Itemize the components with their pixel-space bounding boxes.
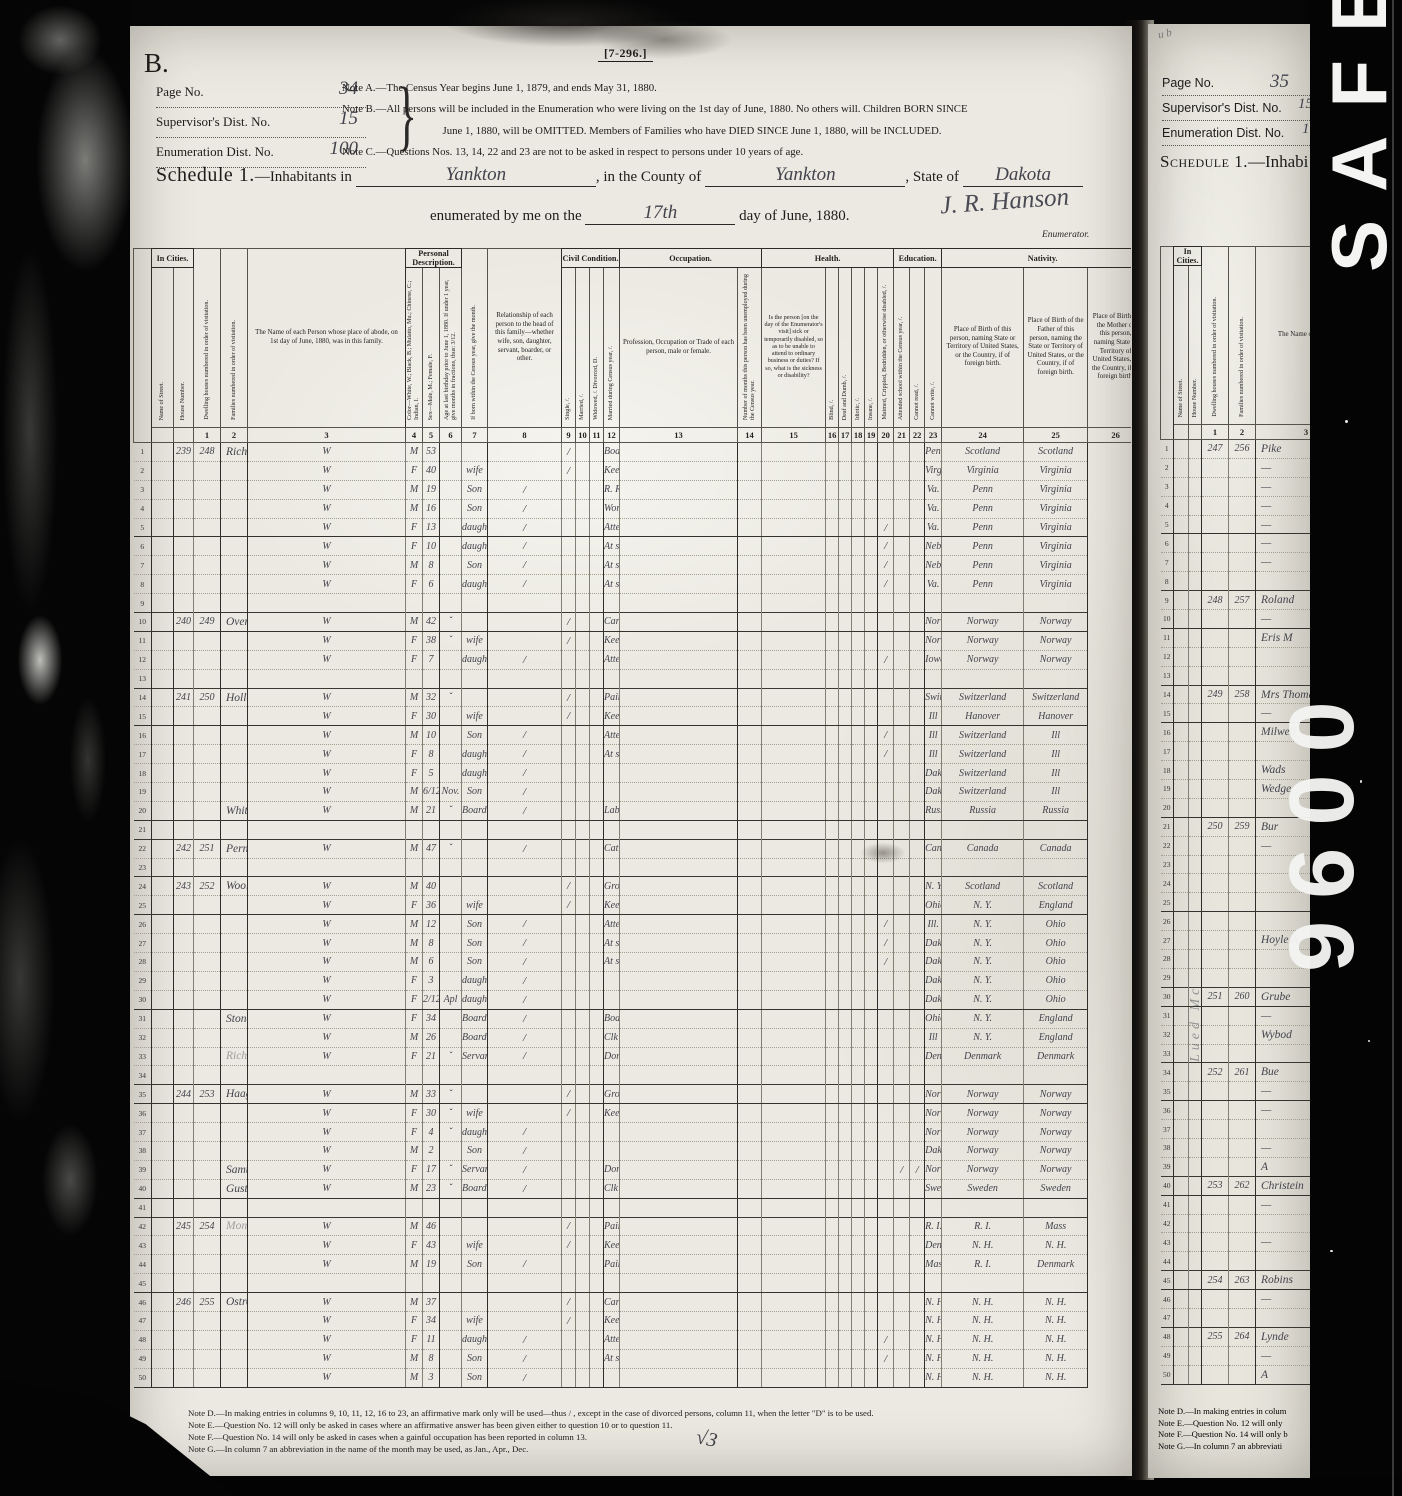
cell-sick	[738, 1274, 762, 1293]
column-header: Dwelling houses numbered in order of vis…	[1202, 247, 1229, 425]
cell-st	[1174, 1271, 1189, 1290]
cell-u14	[620, 669, 738, 688]
cell-pm: Canada	[1024, 839, 1088, 858]
cell-ho	[1189, 1346, 1202, 1365]
cell-rel: Servant	[462, 1047, 488, 1066]
cell-pf: Norway	[942, 1085, 1024, 1104]
cell-b19	[852, 1047, 865, 1066]
affirmative-mark: /	[523, 729, 526, 741]
cell-occ	[604, 820, 620, 839]
cell-ho	[1189, 1327, 1202, 1346]
row-number: 1	[1161, 440, 1174, 459]
cell-f	[194, 1028, 221, 1047]
row-number: 29	[1161, 968, 1174, 987]
cell-cw	[910, 1085, 925, 1104]
cell-f	[194, 669, 221, 688]
column-number: 16	[826, 428, 839, 443]
cell-pf: N. H.	[942, 1368, 1024, 1387]
cell-m12	[590, 518, 604, 537]
cell-c: W	[248, 934, 406, 953]
cell-b18	[839, 1104, 852, 1123]
affirmative-mark: /	[884, 1353, 887, 1365]
affirmative-mark: /	[523, 786, 526, 798]
row-number: 41	[1161, 1195, 1174, 1214]
cell-a: 6/12	[423, 783, 440, 802]
cell-pf: N. H.	[942, 1349, 1024, 1368]
cell-m10: /	[562, 1085, 576, 1104]
person-name: Ostrom Daniel	[226, 1296, 248, 1308]
row-number: 3	[1161, 477, 1174, 496]
cell-ho	[152, 461, 174, 480]
cell-m7	[440, 518, 462, 537]
right-page-info: Page No. 35 Supervisor's Dist. No. 15 En…	[1162, 76, 1310, 151]
cell-m10	[562, 480, 576, 499]
person-row: 44—Wm F.WM19Son/PainterMassR. I.Denmark	[134, 1255, 1132, 1274]
cell-d	[174, 1311, 194, 1330]
cell-d	[174, 1009, 194, 1028]
cell-f	[194, 1123, 221, 1142]
row-number: 44	[134, 1255, 152, 1274]
enumerated-line: enumerated by me on the 17th day of June…	[430, 202, 850, 225]
row-number: 15	[1161, 704, 1174, 723]
cell-cw	[910, 745, 925, 764]
cell-m10: /	[562, 896, 576, 915]
cell-m7: ˇ	[440, 1160, 462, 1179]
note-g: Note G.—In column 7 an abbreviation in t…	[188, 1444, 1088, 1456]
cell-rel	[462, 613, 488, 632]
cell-s9: /	[488, 1349, 562, 1368]
cell-f	[1229, 761, 1256, 780]
cell-ho	[152, 1349, 174, 1368]
cell-w11	[576, 461, 590, 480]
cell-d: 255	[1202, 1327, 1229, 1346]
cell-w11	[576, 1198, 590, 1217]
cell-pm: N. H.	[1024, 1349, 1088, 1368]
cell-ho	[1189, 1233, 1202, 1252]
cell-st	[1174, 591, 1189, 610]
cell-d: 254	[1202, 1271, 1229, 1290]
cell-u14	[620, 1368, 738, 1387]
cell-cw	[910, 575, 925, 594]
column-header: Place of Birth of this person, naming St…	[942, 268, 1024, 428]
column-header-label: Age at last birthday prior to June 1, 18…	[444, 268, 458, 422]
cell-m12	[590, 669, 604, 688]
column-header-label: Deaf and Dumb, /.	[842, 373, 849, 422]
cell-b20	[865, 1311, 878, 1330]
row-number: 34	[134, 1066, 152, 1085]
cell-cr	[894, 971, 910, 990]
cell-x: F	[406, 1311, 423, 1330]
cell-x: F	[406, 575, 423, 594]
cell-f	[1229, 553, 1256, 572]
cell-c: W	[248, 1217, 406, 1236]
cell-x	[406, 669, 423, 688]
cell-m12	[590, 1141, 604, 1160]
cell-st	[1174, 855, 1189, 874]
affirmative-mark: /	[523, 918, 526, 930]
supervisor-dist-row: Supervisor's Dist. No. 15	[1162, 101, 1310, 126]
cell-pm: Russia	[1024, 801, 1088, 820]
cell-c: W	[248, 801, 406, 820]
row-number: 40	[134, 1179, 152, 1198]
cell-f	[194, 745, 221, 764]
census-table: In Cities.Dwelling houses numbered in or…	[133, 248, 1131, 1388]
cell-s9	[488, 1198, 562, 1217]
cell-w11	[576, 1311, 590, 1330]
cell-pm: Norway	[1024, 613, 1088, 632]
row-number: 47	[1161, 1308, 1174, 1327]
cell-pf: Virginia	[942, 461, 1024, 480]
schedule-title: Schedule 1.	[1160, 152, 1248, 171]
cell-s9: /	[488, 839, 562, 858]
enumerator-signature: J. R. Hanson	[939, 184, 1070, 221]
cell-m12	[590, 556, 604, 575]
cell-pm: N. H.	[1024, 1236, 1088, 1255]
cell-a	[423, 858, 440, 877]
person-row: 9	[134, 594, 1132, 613]
cell-st	[1174, 1346, 1189, 1365]
cell-ho	[1189, 817, 1202, 836]
person-row: 46246255Ostrom DanielWM37/CarpenterN. H.…	[134, 1293, 1132, 1312]
cell-st	[1174, 987, 1189, 1006]
cell-pb: Mass	[925, 1255, 942, 1274]
cell-x: M	[406, 1349, 423, 1368]
cell-rel	[462, 1274, 488, 1293]
dotted-line	[156, 107, 366, 108]
cell-name: Wooley Miles T.	[221, 877, 248, 896]
row-number: 16	[134, 726, 152, 745]
cell-m7	[440, 1274, 462, 1293]
cell-x: M	[406, 556, 423, 575]
affirmative-mark: /	[523, 559, 526, 571]
right-footnotes: Note D.—In making entries in colum Note …	[1158, 1406, 1310, 1452]
cell-f: 251	[194, 839, 221, 858]
cell-st	[1174, 1101, 1189, 1120]
cell-b19	[852, 1141, 865, 1160]
cell-ho	[1189, 704, 1202, 723]
affirmative-mark: /	[523, 1145, 526, 1157]
cell-st	[1174, 628, 1189, 647]
cell-w11	[576, 990, 590, 1009]
cell-a: 26	[423, 1028, 440, 1047]
row-number: 7	[1161, 553, 1174, 572]
person-row: 8—OliveWF6daughter/At school/Va.PennVirg…	[134, 575, 1132, 594]
cell-st	[1174, 1082, 1189, 1101]
cell-pm: Virginia	[1024, 461, 1088, 480]
cell-w11	[576, 764, 590, 783]
cell-cw	[910, 1179, 925, 1198]
cell-b18	[839, 1123, 852, 1142]
person-row: 28—Herbert S.WM6Son/At school/DakotaN. Y…	[134, 953, 1132, 972]
cell-b20	[865, 1104, 878, 1123]
cell-pm: England	[1024, 1009, 1088, 1028]
cell-m10	[562, 934, 576, 953]
cell-a21: /	[878, 1349, 894, 1368]
cell-st	[1174, 496, 1189, 515]
cell-name: Grube	[1256, 987, 1311, 1006]
person-row: 37—Caroline A.WF4ˇdaughter/NorwayNorwayN…	[134, 1123, 1132, 1142]
row-number: 3	[134, 480, 152, 499]
cell-pm: Ohio	[1024, 934, 1088, 953]
cell-w11	[576, 1085, 590, 1104]
cell-occ	[604, 971, 620, 990]
cell-w11	[576, 518, 590, 537]
person-row: 48255264Lynde	[1161, 1327, 1311, 1346]
form-number-text: [7-296.]	[598, 46, 653, 62]
cell-b17	[826, 1085, 839, 1104]
cell-b20	[865, 1085, 878, 1104]
cell-cr	[894, 1293, 910, 1312]
cell-sick	[738, 990, 762, 1009]
row-number: 31	[1161, 1006, 1174, 1025]
form-number: [7-296.]	[598, 46, 653, 61]
cell-b16	[762, 783, 826, 802]
cell-sick	[738, 613, 762, 632]
cell-pb: Neb.	[925, 556, 942, 575]
row-number: 48	[134, 1330, 152, 1349]
row-number: 39	[1161, 1157, 1174, 1176]
header-band-row: In Cities.Dwelling houses numbered in or…	[1161, 247, 1311, 266]
cell-x: M	[406, 1179, 423, 1198]
cell-name: —	[1256, 1101, 1311, 1120]
cell-u14	[620, 990, 738, 1009]
affirmative-mark: /	[567, 1088, 570, 1100]
cell-m10	[562, 1009, 576, 1028]
cell-b19	[852, 1085, 865, 1104]
cell-d	[174, 1160, 194, 1179]
cell-ho	[1189, 477, 1202, 496]
cell-f	[194, 1009, 221, 1028]
row-number: 33	[134, 1047, 152, 1066]
column-header: Cannot write, /.	[925, 268, 942, 428]
cell-rel	[462, 1217, 488, 1236]
cell-f	[1229, 836, 1256, 855]
cell-b19	[852, 1274, 865, 1293]
column-header: House Number.	[174, 268, 194, 428]
cell-m7	[440, 1330, 462, 1349]
cell-pm: Ill	[1024, 783, 1088, 802]
cell-d	[1202, 1195, 1229, 1214]
row-number: 11	[1161, 628, 1174, 647]
cell-u14	[620, 1236, 738, 1255]
cell-m10: /	[562, 1217, 576, 1236]
cell-pf	[942, 858, 1024, 877]
schedule-title: Schedule 1.	[156, 164, 255, 186]
cell-m7	[440, 556, 462, 575]
cell-pm: Virginia	[1024, 537, 1088, 556]
cell-d: 241	[174, 688, 194, 707]
cell-b16	[762, 650, 826, 669]
cell-b17	[826, 613, 839, 632]
cell-pm: Switzerland	[1024, 688, 1088, 707]
cell-u14	[620, 1311, 738, 1330]
cell-c: W	[248, 953, 406, 972]
cell-sick	[738, 1217, 762, 1236]
cell-b17	[826, 745, 839, 764]
cell-name	[221, 669, 248, 688]
cell-w11	[576, 556, 590, 575]
cell-occ: Laborer	[604, 801, 620, 820]
cell-m10	[562, 764, 576, 783]
column-header: Families numbered in order of visitation…	[221, 249, 248, 428]
cell-s9	[488, 1311, 562, 1330]
cell-f	[194, 820, 221, 839]
cell-d	[1202, 1101, 1229, 1120]
cell-d	[174, 915, 194, 934]
cell-u14	[620, 745, 738, 764]
cell-b16	[762, 745, 826, 764]
cell-c: W	[248, 556, 406, 575]
cell-ho	[152, 1255, 174, 1274]
cell-b17	[826, 1160, 839, 1179]
cell-x: F	[406, 971, 423, 990]
cell-u14	[620, 499, 738, 518]
cell-b17	[826, 480, 839, 499]
cell-b16	[762, 1123, 826, 1142]
cell-rel: daughter	[462, 575, 488, 594]
person-row: 20Whitmier JohnWM21ˇBoarder/LaborerRussi…	[134, 801, 1132, 820]
cell-b18	[839, 820, 852, 839]
cell-sick	[738, 1028, 762, 1047]
cell-d	[174, 953, 194, 972]
cell-d	[174, 669, 194, 688]
cell-ho	[152, 480, 174, 499]
cell-rel: Son	[462, 726, 488, 745]
cell-pb: Norway	[925, 1104, 942, 1123]
cell-occ	[604, 1066, 620, 1085]
cell-s9	[488, 443, 562, 462]
cell-b18	[839, 1217, 852, 1236]
cell-m7	[440, 1009, 462, 1028]
cell-cr	[894, 934, 910, 953]
cell-s9: /	[488, 971, 562, 990]
cell-f	[1229, 1365, 1256, 1384]
cell-a21: /	[878, 518, 894, 537]
cell-rel: wife	[462, 1236, 488, 1255]
cell-cr	[894, 820, 910, 839]
cell-m12	[590, 1066, 604, 1085]
cell-pb: Norway	[925, 1160, 942, 1179]
cell-pf: Switzerland	[942, 726, 1024, 745]
cell-b19	[852, 631, 865, 650]
cell-b17	[826, 783, 839, 802]
cell-u14	[620, 1349, 738, 1368]
cell-f: 252	[194, 877, 221, 896]
cell-ho	[1189, 591, 1202, 610]
column-header-label: Cannot read, /.	[914, 382, 921, 422]
person-row: 13	[134, 669, 1132, 688]
cell-x: M	[406, 783, 423, 802]
cell-st	[1174, 874, 1189, 893]
column-header: Attended school within the Census year, …	[894, 268, 910, 428]
cell-rel: Son	[462, 499, 488, 518]
column-header-label: Number of months this person has been un…	[743, 268, 757, 422]
cell-b16	[762, 461, 826, 480]
cell-m12	[590, 726, 604, 745]
cell-a: 7	[423, 650, 440, 669]
cell-st	[1174, 1214, 1189, 1233]
cell-pm: Virginia	[1024, 575, 1088, 594]
cell-m12	[590, 650, 604, 669]
cell-a: 17	[423, 1160, 440, 1179]
cell-ho	[1189, 742, 1202, 761]
cell-f: 256	[1229, 440, 1256, 459]
cell-b16	[762, 1104, 826, 1123]
number-cell	[174, 428, 194, 443]
cell-cw	[910, 1368, 925, 1387]
cell-name: —J. M. R.	[221, 499, 248, 518]
affirmative-mark: /	[523, 805, 526, 817]
cell-name	[1256, 1308, 1311, 1327]
cell-m7	[440, 896, 462, 915]
cell-m12	[590, 858, 604, 877]
person-row: 46—	[1161, 1290, 1311, 1309]
cell-b17	[826, 575, 839, 594]
cell-sick	[738, 764, 762, 783]
cell-d: 242	[174, 839, 194, 858]
cell-d	[1202, 1006, 1229, 1025]
cell-s9: /	[488, 556, 562, 575]
cell-b18	[839, 480, 852, 499]
cell-pf: N. Y.	[942, 990, 1024, 1009]
cell-d	[1202, 780, 1229, 799]
cell-s9	[488, 1104, 562, 1123]
cell-s9	[488, 858, 562, 877]
cell-pm: Norway	[1024, 631, 1088, 650]
cell-st	[1174, 477, 1189, 496]
cell-m10	[562, 1047, 576, 1066]
cell-b17	[826, 990, 839, 1009]
cell-a: 8	[423, 745, 440, 764]
column-header: Maimed, Crippled, Bedridden, or otherwis…	[878, 268, 894, 428]
cell-m12	[590, 1349, 604, 1368]
person-row: 32—Edward P.WM26Boarder/Clk in BankIllN.…	[134, 1028, 1132, 1047]
row-number: 29	[134, 971, 152, 990]
cell-st	[1174, 1195, 1189, 1214]
cell-m10	[562, 801, 576, 820]
column-header: Profession, Occupation or Trade of each …	[620, 268, 738, 428]
cell-st	[1174, 1044, 1189, 1063]
cell-c: W	[248, 518, 406, 537]
person-row: 47—ClaraWF34wife/Keeping houseN. H.N. H.…	[134, 1311, 1132, 1330]
cell-b19	[852, 650, 865, 669]
cell-w11	[576, 1104, 590, 1123]
cell-m12	[590, 594, 604, 613]
cell-pm: Scotland	[1024, 877, 1088, 896]
cell-cw	[910, 1104, 925, 1123]
cell-b16	[762, 1368, 826, 1387]
cell-cr	[894, 594, 910, 613]
cell-name: Pike	[1256, 440, 1311, 459]
cell-rel	[462, 858, 488, 877]
cell-b18	[839, 650, 852, 669]
row-number: 21	[1161, 817, 1174, 836]
person-name: Hollet John	[226, 692, 248, 704]
cell-occ: At school	[604, 934, 620, 953]
affirmative-mark: /	[884, 578, 887, 590]
cell-c: W	[248, 971, 406, 990]
cell-f	[194, 990, 221, 1009]
cell-b19	[852, 990, 865, 1009]
cell-m10	[562, 1123, 576, 1142]
cell-pb: Switzerland	[925, 688, 942, 707]
column-number: 19	[865, 428, 878, 443]
cell-d	[1202, 496, 1229, 515]
column-header: Name of Street.	[152, 268, 174, 428]
cell-b19	[852, 443, 865, 462]
place-value: Yankton	[446, 164, 507, 185]
cell-occ: Keeping house	[604, 461, 620, 480]
